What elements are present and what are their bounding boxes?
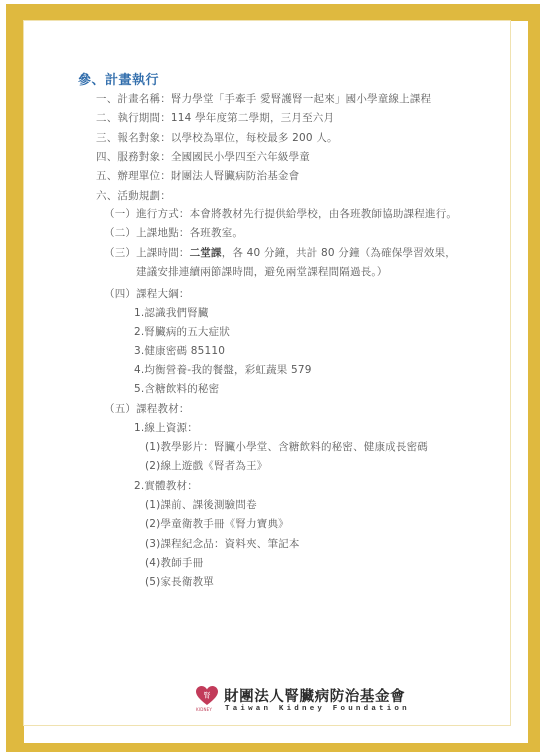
section-heading: 參、計畫執行	[78, 69, 159, 88]
outline-item: 3.健康密碼 85110	[134, 344, 225, 358]
service-target-item: 四、服務對象：全國國民小學四至六年級學童	[96, 150, 310, 164]
physical-material-item: (3)課程紀念品：資料夾、筆記本	[145, 537, 300, 551]
outline-item: 1.認識我們腎臟	[134, 306, 209, 320]
activity-method: （一）進行方式：本會將教材先行提供給學校，由各班教師協助課程進行。	[104, 207, 457, 221]
physical-material-item: (1)課前、課後測驗問卷	[145, 498, 257, 512]
activity-time: （三）上課時間：二堂課，各 40 分鐘，共計 80 分鐘（為確保學習效果，	[104, 246, 456, 260]
foundation-logo: 腎 KIDNEY 財團法人腎臟病防治基金會 Taiwan Kidney Foun…	[196, 684, 406, 718]
outline-item: 2.腎臟病的五大症狀	[134, 325, 230, 339]
foundation-name-english: Taiwan Kidney Foundation	[225, 705, 410, 713]
registration-target-item: 三、報名對象：以學校為單位，每校最多 200 人。	[96, 131, 338, 145]
activity-plan-item: 六、活動規劃：	[96, 189, 171, 203]
physical-material-item: (4)教師手冊	[145, 556, 203, 570]
course-materials-title: （五）課程教材：	[104, 402, 190, 416]
activity-time-emphasis: 二堂課	[190, 247, 222, 259]
heart-logo-icon: 腎	[196, 686, 218, 706]
svg-text:腎: 腎	[204, 691, 211, 700]
online-resources-title: 1.線上資源：	[134, 421, 198, 435]
activity-time-continued: 建議安排連續兩節課時間，避免兩堂課程間隔過長。）	[136, 265, 388, 279]
outline-item: 4.均衡營養-我的餐盤，彩虹蔬果 579	[134, 363, 312, 377]
activity-time-prefix: （三）上課時間：	[104, 247, 190, 259]
online-resource-item: (2)線上遊戲《腎者為王》	[145, 459, 267, 473]
course-outline-title: （四）課程大綱：	[104, 287, 190, 301]
physical-materials-title: 2.實體教材：	[134, 479, 198, 493]
online-resource-item: (1)教學影片：腎臟小學堂、含糖飲料的秘密、健康成長密碼	[145, 440, 428, 454]
organizer-item: 五、辦理單位：財團法人腎臟病防治基金會	[96, 169, 299, 183]
execution-period-item: 二、執行期間：114 學年度第二學期，三月至六月	[96, 111, 334, 125]
physical-material-item: (2)學童衛教手冊《腎力寶典》	[145, 517, 289, 531]
plan-name-item: 一、計畫名稱：腎力學堂「手牽手 愛腎護腎一起來」國小學童線上課程	[96, 92, 431, 106]
heart-logo-caption: KIDNEY	[196, 707, 212, 712]
outline-item: 5.含糖飲料的秘密	[134, 382, 219, 396]
foundation-name-chinese: 財團法人腎臟病防治基金會	[224, 685, 405, 706]
activity-location: （二）上課地點：各班教室。	[104, 226, 243, 240]
physical-material-item: (5)家長衛教單	[145, 575, 214, 589]
activity-time-suffix: ，各 40 分鐘，共計 80 分鐘（為確保學習效果，	[222, 247, 456, 259]
